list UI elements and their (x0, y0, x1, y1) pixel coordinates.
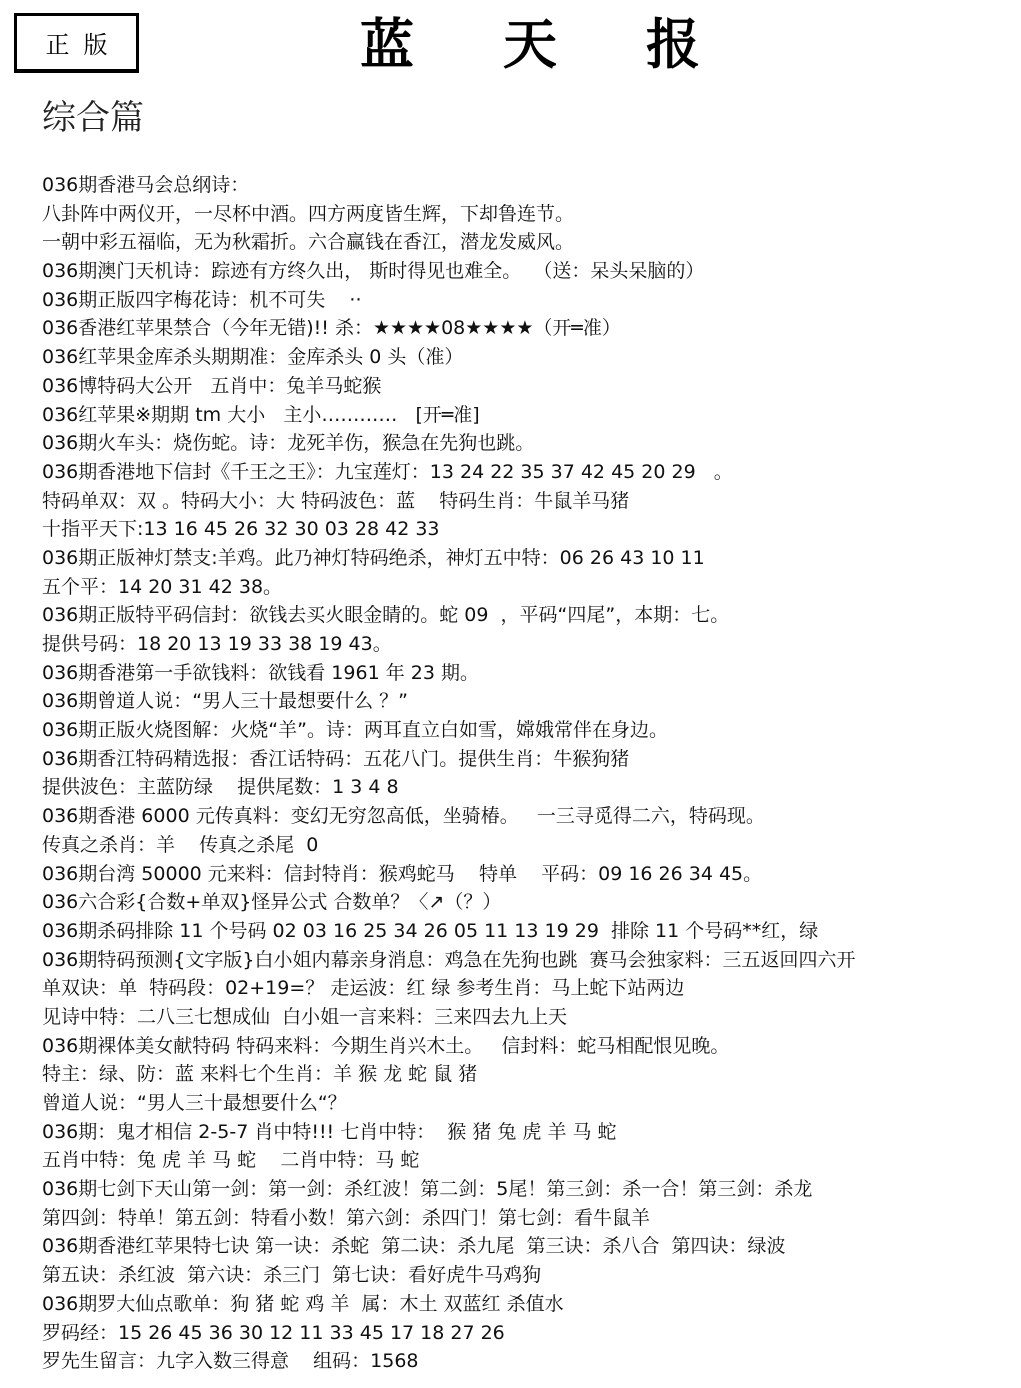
text-line: 曾道人说：“男人三十最想要什么“？ (42, 1089, 1012, 1118)
article-body: 036期香港马会总纲诗：八卦阵中两仪开，一尽杯中酒。四方两度皆生辉，下却鲁连节。… (42, 171, 1012, 1376)
text-line: 036期裸体美女献特码 特码来料：今期生肖兴木土。 信封料：蛇马相配恨见晚。 (42, 1032, 1012, 1061)
text-line: 036六合彩{合数+单双}怪异公式 合数单？〈↗（？） (42, 888, 1012, 917)
text-line: 036期香港第一手欲钱料：欲钱看 1961 年 23 期。 (42, 659, 1012, 688)
text-line: 036期火车头：烧伤蛇。诗：龙死羊伤，猴急在先狗也跳。 (42, 429, 1012, 458)
text-line: 036期杀码排除 11 个号码 02 03 16 25 34 26 05 11 … (42, 917, 1012, 946)
text-line: 036期台湾 50000 元来料：信封特肖：猴鸡蛇马 特单 平码：09 16 2… (42, 860, 1012, 889)
text-line: 036期正版神灯禁支:羊鸡。此乃神灯特码绝杀，神灯五中特：06 26 43 10… (42, 544, 1012, 573)
text-line: 036期香港 6000 元传真料：变幻无穷忽高低，坐骑椿。 一三寻觅得二六，特码… (42, 802, 1012, 831)
text-line: 036期正版火烧图解：火烧“羊”。诗：两耳直立白如雪，嫦娥常伴在身边。 (42, 716, 1012, 745)
newspaper-masthead: 蓝 天 报 (360, 8, 700, 72)
masthead-char-3: 报 (646, 2, 700, 79)
text-line: 罗先生留言：九字入数三得意 组码：1568 (42, 1347, 1012, 1376)
text-line: 八卦阵中两仪开，一尽杯中酒。四方两度皆生辉，下却鲁连节。 (42, 200, 1012, 229)
text-line: 第五诀：杀红波 第六诀：杀三门 第七诀：看好虎牛马鸡狗 (42, 1261, 1012, 1290)
text-line: 036博特码大公开 五肖中：兔羊马蛇猴 (42, 372, 1012, 401)
text-line: 036红苹果※期期 tm 大小 主小………… [开═准] (42, 401, 1012, 430)
text-line: 036期香港地下信封《千王之王》：九宝莲灯：13 24 22 35 37 42 … (42, 458, 1012, 487)
text-line: 036期正版特平码信封：欲钱去买火眼金睛的。蛇 09 ，平码“四尾”，本期：七。 (42, 601, 1012, 630)
text-line: 一朝中彩五福临，无为秋霜折。六合赢钱在香江，潜龙发威风。 (42, 228, 1012, 257)
text-line: 传真之杀肖：羊 传真之杀尾 0 (42, 831, 1012, 860)
text-line: 五个平：14 20 31 42 38。 (42, 573, 1012, 602)
text-line: 036期曾道人说：“男人三十最想要什么 ？” (42, 687, 1012, 716)
text-line: 单双诀：单 特码段：02+19=？ 走运波：红 绿 参考生肖：马上蛇下站两边 (42, 974, 1012, 1003)
text-line: 036期香港红苹果特七诀 第一诀：杀蛇 第二诀：杀九尾 第三诀：杀八合 第四诀：… (42, 1232, 1012, 1261)
text-line: 特主：绿、防：蓝 来料七个生肖：羊 猴 龙 蛇 鼠 猪 (42, 1060, 1012, 1089)
text-line: 特码单双：双 。特码大小：大 特码波色：蓝 特码生肖：牛鼠羊马猪 (42, 487, 1012, 516)
text-line: 036期澳门天机诗：踪迹有方终久出， 斯时得见也难全。 （送：呆头呆脑的） (42, 257, 1012, 286)
text-line: 036期特码预测{文字版}白小姐内幕亲身消息：鸡急在先狗也跳 赛马会独家料：三五… (42, 946, 1012, 975)
text-line: 五肖中特：兔 虎 羊 马 蛇 二肖中特：马 蛇 (42, 1146, 1012, 1175)
text-line: 036期正版四字梅花诗：机不可失 ·· (42, 286, 1012, 315)
masthead-char-1: 蓝 (360, 2, 414, 79)
text-line: 十指平天下:13 16 45 26 32 30 03 28 42 33 (42, 515, 1012, 544)
text-line: 036红苹果金库杀头期期准：金库杀头 0 头（准） (42, 343, 1012, 372)
text-line: 提供波色：主蓝防绿 提供尾数：1 3 4 8 (42, 773, 1012, 802)
text-line: 036期香江特码精选报：香江话特码：五花八门。提供生肖：牛猴狗猪 (42, 745, 1012, 774)
text-line: 036期罗大仙点歌单：狗 猪 蛇 鸡 羊 属：木土 双蓝红 杀值水 (42, 1290, 1012, 1319)
masthead-char-2: 天 (503, 2, 557, 79)
text-line: 第四剑：特单！第五剑：特看小数！第六剑：杀四门！第七剑：看牛鼠羊 (42, 1204, 1012, 1233)
text-line: 036香港红苹果禁合（今年无错)!! 杀：★★★★08★★★★（开═准） (42, 314, 1012, 343)
text-line: 提供号码：18 20 13 19 33 38 19 43。 (42, 630, 1012, 659)
text-line: 罗码经：15 26 45 36 30 12 11 33 45 17 18 27 … (42, 1319, 1012, 1348)
text-line: 036期香港马会总纲诗： (42, 171, 1012, 200)
section-title: 综合篇 (42, 90, 144, 139)
text-line: 036期七剑下天山第一剑：第一剑：杀红波！第二剑：5尾！第三剑：杀一合！第三剑：… (42, 1175, 1012, 1204)
text-line: 见诗中特：二八三七想成仙 白小姐一言来料：三来四去九上天 (42, 1003, 1012, 1032)
authentic-edition-badge: 正版 (14, 13, 139, 73)
text-line: 036期：鬼才相信 2-5-7 肖中特!!! 七肖中特： 猴 猪 兔 虎 羊 马… (42, 1118, 1012, 1147)
